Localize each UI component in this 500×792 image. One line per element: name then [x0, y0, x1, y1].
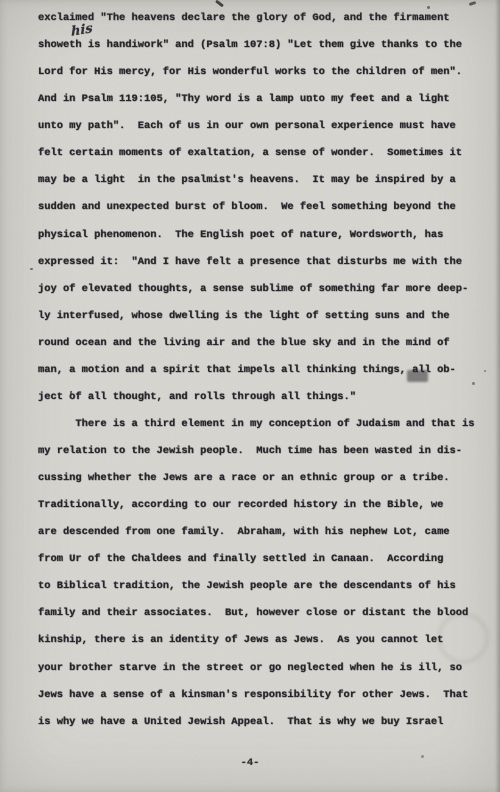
text-line: sudden and unexpected burst of bloom. We…	[38, 194, 474, 221]
text-line: your brother starve in the street or go …	[38, 655, 474, 682]
text-line: exclaimed "The heavens declare the glory…	[38, 5, 474, 32]
text-line: may be a light in the psalmist's heavens…	[38, 167, 474, 194]
scan-speck	[308, 100, 310, 102]
scan-speck	[472, 382, 475, 385]
text-line: showeth is handiwork" and (Psalm 107:8) …	[38, 32, 474, 59]
text-line: expressed it: "And I have felt a presenc…	[38, 249, 474, 276]
scan-edge-shadow	[495, 0, 500, 792]
scan-speck	[484, 370, 486, 372]
text-line: joy of elevated thoughts, a sense sublim…	[38, 276, 474, 303]
text-line: to Biblical tradition, the Jewish people…	[38, 573, 474, 600]
typewriter-overstrike-smudge	[407, 370, 428, 382]
text-line: felt certain moments of exaltation, a se…	[38, 140, 474, 167]
text-line: physical phenomenon. The English poet of…	[38, 222, 474, 249]
text-line: cussing whether the Jews are a race or a…	[38, 465, 474, 492]
text-line: are descended from one family. Abraham, …	[38, 519, 474, 546]
page-number: -4-	[0, 757, 500, 769]
scan-speck	[30, 268, 33, 270]
text-line: There is a third element in my conceptio…	[38, 411, 474, 438]
scan-speck	[421, 755, 424, 758]
text-line: ject of all thought, and rolls through a…	[38, 384, 474, 411]
text-line: And in Psalm 119:105, "Thy word is a lam…	[38, 86, 474, 113]
text-line: Traditionally, according to our recorded…	[38, 492, 474, 519]
text-line: is why we have a United Jewish Appeal. T…	[38, 709, 474, 736]
scanned-document-page: exclaimed "The heavens declare the glory…	[0, 0, 500, 792]
text-line: my relation to the Jewish people. Much t…	[38, 438, 474, 465]
text-line: Jews have a sense of a kinsman's respons…	[38, 682, 474, 709]
text-line: family and their associates. But, howeve…	[38, 600, 474, 627]
text-line: from Ur of the Chaldees and finally sett…	[38, 546, 474, 573]
text-line: ly interfused, whose dwelling is the lig…	[38, 303, 474, 330]
text-line: unto my path". Each of us in our own per…	[38, 113, 474, 140]
scan-speck	[427, 6, 430, 9]
text-line: round ocean and the living air and the b…	[38, 330, 474, 357]
text-line: kinship, there is an identity of Jews as…	[38, 627, 474, 654]
text-line: Lord for His mercy, for His wonderful wo…	[38, 59, 474, 86]
